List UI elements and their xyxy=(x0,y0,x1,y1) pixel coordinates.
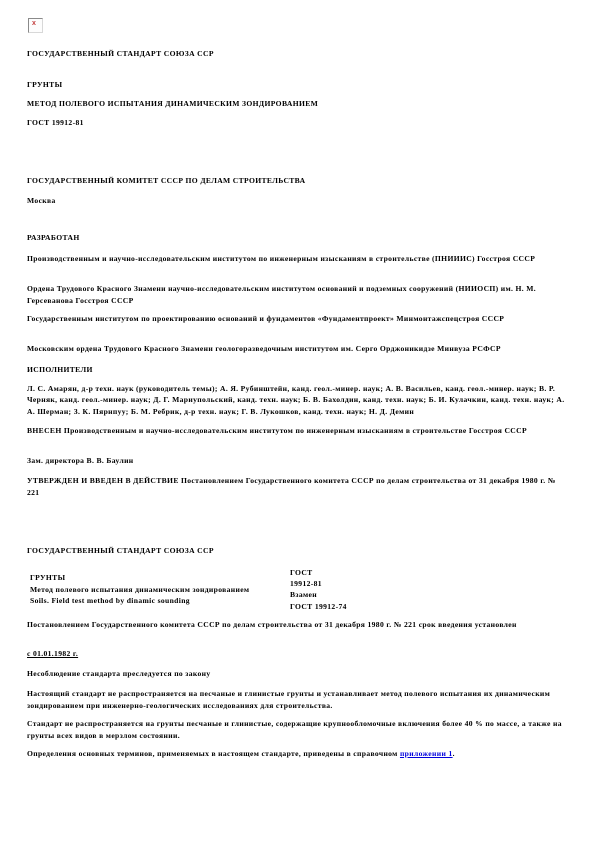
developed-organization: Производственным и научно-исследовательс… xyxy=(27,253,568,265)
scope-paragraph-2: Стандарт не распространяется на грунты п… xyxy=(27,718,568,741)
committee-name: ГОСУДАРСТВЕННЫЙ КОМИТЕТ СССР ПО ДЕЛАМ СТ… xyxy=(27,175,568,187)
scope-paragraph-1: Настоящий стандарт не распространяется н… xyxy=(27,688,568,711)
title-block-subject-ru: ГРУНТЫ xyxy=(30,572,282,584)
title-block-title-en: Soils. Field test method by dinamic soun… xyxy=(30,595,282,607)
broken-image-icon: x xyxy=(28,18,43,33)
developed-organization: Московским ордена Трудового Красного Зна… xyxy=(27,343,568,355)
approved-paragraph: УТВЕРЖДЕН И ВВЕДЕН В ДЕЙСТВИЕ Постановле… xyxy=(27,475,568,498)
title-block-title-ru: Метод полевого испытания динамическим зо… xyxy=(30,584,282,596)
gost-label: ГОСТ xyxy=(290,567,510,578)
deputy-director-line: Зам. директора В. В. Баулин xyxy=(27,455,568,467)
subject-heading: ГРУНТЫ xyxy=(27,79,568,91)
standard-body-heading: ГОСУДАРСТВЕННЫЙ СТАНДАРТ СОЮЗА ССР xyxy=(27,48,568,60)
decree-paragraph: Постановлением Государственного комитета… xyxy=(27,619,568,631)
appendix-1-link[interactable]: приложении 1 xyxy=(400,749,453,758)
document-page: x ГОСУДАРСТВЕННЫЙ СТАНДАРТ СОЮЗА ССР ГРУ… xyxy=(0,0,595,842)
second-standard-body-heading: ГОСУДАРСТВЕННЫЙ СТАНДАРТ СОЮЗА ССР xyxy=(27,545,568,557)
replaces-label: Взамен xyxy=(290,589,510,600)
gost-number: 19912-81 xyxy=(290,578,510,589)
effective-date-line: с 01.01.1982 г. xyxy=(27,648,568,660)
method-title-heading: МЕТОД ПОЛЕВОГО ИСПЫТАНИЯ ДИНАМИЧЕСКИМ ЗО… xyxy=(27,98,568,110)
submitted-paragraph: ВНЕСЕН Производственным и научно-исследо… xyxy=(27,425,568,437)
developed-organization: Государственным институтом по проектиров… xyxy=(27,313,568,325)
terms-paragraph: Определения основных терминов, применяем… xyxy=(27,748,568,760)
terms-paragraph-prefix: Определения основных терминов, применяем… xyxy=(27,749,400,758)
title-block-right: ГОСТ 19912-81 Взамен ГОСТ 19912-74 xyxy=(290,567,510,612)
executors-heading: ИСПОЛНИТЕЛИ xyxy=(27,364,568,376)
committee-city: Москва xyxy=(27,195,568,207)
replaces-number: ГОСТ 19912-74 xyxy=(290,601,510,612)
standard-number-heading: ГОСТ 19912-81 xyxy=(27,117,568,129)
broken-image-x-glyph: x xyxy=(32,20,36,27)
developed-organization: Ордена Трудового Красного Знамени научно… xyxy=(27,283,568,306)
executors-list: Л. С. Амарян, д-р техн. наук (руководите… xyxy=(27,383,568,417)
developed-heading: РАЗРАБОТАН xyxy=(27,232,568,244)
title-block-left: ГРУНТЫ Метод полевого испытания динамиче… xyxy=(30,572,282,607)
terms-paragraph-suffix: . xyxy=(453,749,455,758)
law-notice-line: Несоблюдение стандарта преследуется по з… xyxy=(27,668,568,680)
